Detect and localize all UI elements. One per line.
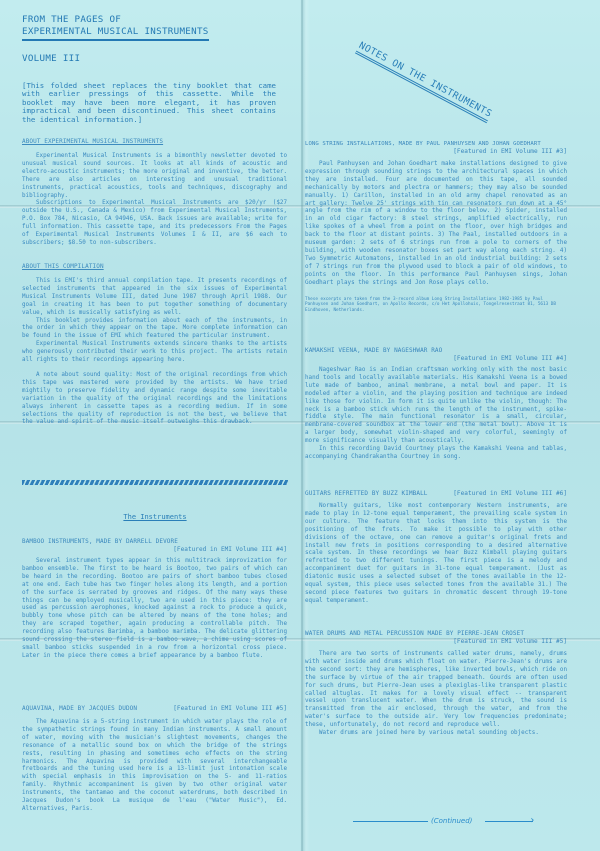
- paragraph: The Aquavina is a 5-string instrument in…: [22, 719, 287, 814]
- paragraph: In this recording David Courtney plays t…: [305, 446, 567, 462]
- paragraph: Paul Panhuysen and Johan Goedhart make i…: [305, 161, 567, 288]
- instrument-title: BAMBOO INSTRUMENTS, MADE BY DARRELL DEVO…: [22, 538, 287, 546]
- paragraph: Water drums are joined here by various m…: [305, 730, 567, 738]
- masthead-line1: FROM THE PAGES OF: [22, 14, 209, 26]
- instrument-long-string: LONG STRING INSTALLATIONS, MADE BY PAUL …: [305, 140, 567, 313]
- album-note: These excerpts are taken from the 3-reco…: [305, 297, 567, 314]
- paragraph: Nageshwar Rao is an Indian craftsman wor…: [305, 367, 567, 446]
- handwritten-line: [353, 821, 428, 822]
- paragraph: Normally guitars, like most contemporary…: [305, 503, 567, 606]
- section-title: ABOUT EXPERIMENTAL MUSICAL INSTRUMENTS: [22, 138, 287, 146]
- arrow-right-icon: ›: [530, 816, 534, 826]
- fold-crease-vertical: [301, 0, 303, 851]
- instrument-guitars: GUITARS REFRETTED BY BUZZ KIMBALL [Featu…: [305, 490, 567, 606]
- instrument-title: LONG STRING INSTALLATIONS, MADE BY PAUL …: [305, 140, 567, 148]
- instrument-aquavina: AQUAVINA, MADE BY JACQUES DUDON [Feature…: [22, 705, 287, 814]
- instruments-heading: The Instruments: [22, 513, 288, 521]
- instrument-title: AQUAVINA, MADE BY JACQUES DUDON: [22, 705, 137, 713]
- paragraph: Subscriptions to Experimental Musical In…: [22, 200, 287, 247]
- instrument-title: WATER DRUMS AND METAL PERCUSSION MADE BY…: [305, 630, 567, 638]
- instrument-title: KAMAKSHI VEENA, MADE BY NAGESHWAR RAO: [305, 347, 567, 355]
- about-compilation-section: ABOUT THIS COMPILATION This is EMI's thi…: [22, 263, 287, 427]
- instrument-water-drums: WATER DRUMS AND METAL PERCUSSION MADE BY…: [305, 630, 567, 738]
- featured-issue: [Featured in EMI Volume III #5]: [305, 638, 567, 646]
- volume-label: VOLUME III: [22, 53, 209, 64]
- masthead-title: EXPERIMENTAL MUSICAL INSTRUMENTS: [22, 26, 209, 41]
- featured-issue: [Featured in EMI Volume III #3]: [305, 148, 567, 156]
- paragraph: Several instrument types appear in this …: [22, 558, 287, 661]
- instrument-bamboo: BAMBOO INSTRUMENTS, MADE BY DARRELL DEVO…: [22, 538, 287, 661]
- paragraph: This booklet provides information about …: [22, 318, 287, 342]
- paragraph: There are two sorts of instruments calle…: [305, 651, 567, 730]
- featured-issue: [Featured in EMI Volume III #5]: [173, 705, 287, 713]
- paragraph: A note about sound quality: Most of the …: [22, 372, 287, 427]
- section-title: ABOUT THIS COMPILATION: [22, 263, 287, 271]
- masthead: FROM THE PAGES OF EXPERIMENTAL MUSICAL I…: [22, 14, 209, 64]
- featured-issue: [Featured in EMI Volume III #4]: [305, 355, 567, 363]
- paragraph: Experimental Musical Instruments extends…: [22, 341, 287, 365]
- featured-issue: [Featured in EMI Volume III #6]: [453, 490, 567, 498]
- about-emi-section: ABOUT EXPERIMENTAL MUSICAL INSTRUMENTS E…: [22, 138, 287, 248]
- featured-issue: [Featured in EMI Volume III #4]: [22, 546, 287, 554]
- continued-label: (Continued): [428, 817, 475, 825]
- intro-note: [This folded sheet replaces the tiny boo…: [22, 82, 276, 124]
- paragraph: Experimental Musical Instruments is a bi…: [22, 153, 287, 200]
- instrument-title: GUITARS REFRETTED BY BUZZ KIMBALL: [305, 490, 428, 498]
- paragraph: This is EMI's third annual compilation t…: [22, 278, 287, 318]
- handwritten-line: [485, 821, 533, 822]
- instrument-kamakshi-veena: KAMAKSHI VEENA, MADE BY NAGESHWAR RAO [F…: [305, 347, 567, 462]
- decorative-divider: [22, 480, 288, 485]
- continued-marker: (Continued) ›: [353, 813, 563, 829]
